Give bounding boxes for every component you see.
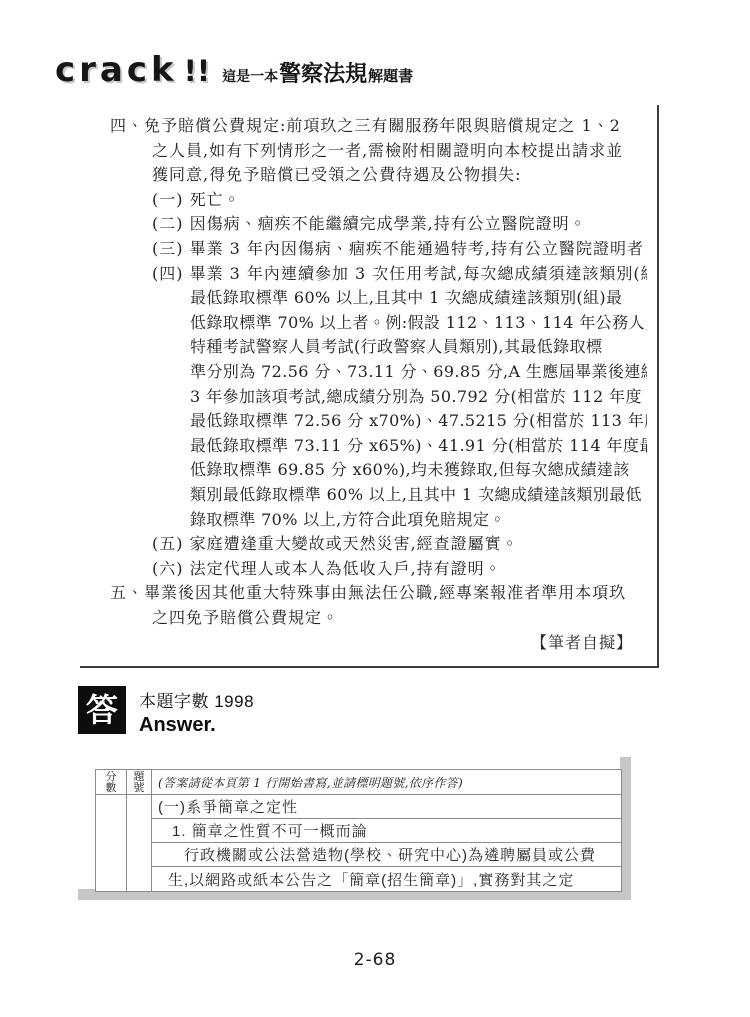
law-text-line: (二) 因傷病、痼疾不能繼續完成學業,持有公立醫院證明。 — [110, 212, 647, 237]
answer-label: Answer. — [139, 714, 254, 737]
answer-badge-glyph: 答 — [86, 694, 118, 726]
tagline-prefix: 這是一本 — [222, 66, 278, 86]
answer-sheet-row: 行政機關或公法營造物(學校、研究中心)為遴聘屬員或公費 — [152, 843, 621, 867]
law-text-line: (五) 家庭遭逢重大變故或天然災害,經查證屬實。 — [110, 532, 647, 557]
answer-section-header: 答 本題字數 1998 Answer. — [78, 686, 254, 737]
crack-logo-exclamations: !! — [184, 54, 210, 88]
law-text-line: (四) 畢業 3 年內連續參加 3 次任用考試,每次總成績須達該類別(組) — [110, 262, 647, 287]
answer-sheet-clipping: 分數 題號 (答案請從本頁第 1 行開始書寫,並請標明題號,依序作答) (一)系… — [78, 757, 631, 900]
answer-content-column: (答案請從本頁第 1 行開始書寫,並請標明題號,依序作答) (一)系爭簡章之定性… — [152, 770, 621, 891]
answer-sheet-row: (一)系爭簡章之定性 — [152, 795, 621, 819]
tagline-subject: 警察法規 — [279, 57, 367, 88]
answer-sheet-table: 分數 題號 (答案請從本頁第 1 行開始書寫,並請標明題號,依序作答) (一)系… — [95, 769, 622, 892]
law-text-line: 準分別為 72.56 分、73.11 分、69.85 分,A 生應屆畢業後連續 — [110, 360, 647, 385]
law-text-line: 最低錄取標準 72.56 分 x70%)、47.5215 分(相當於 113 年… — [110, 409, 647, 434]
score-column-header: 分數 — [96, 770, 126, 795]
law-text-line: 最低錄取標準 60% 以上,且其中 1 次總成績達該類別(組)最 — [110, 286, 647, 311]
law-text-line: 獲同意,得免予賠償已受領之公費待遇及公物損失: — [110, 163, 647, 188]
law-text-line: 特種考試警察人員考試(行政警察人員類別),其最低錄取標 — [110, 335, 647, 360]
law-text-line: 最低錄取標準 73.11 分 x65%)、41.91 分(相當於 114 年度最 — [110, 434, 647, 459]
book-page: crack !! 這是一本 警察法規 解題書 四、免予賠償公費規定:前項玖之三有… — [0, 0, 750, 1017]
law-text-line: 低錄取標準 70% 以上者。例:假設 112、113、114 年公務人員 — [110, 311, 647, 336]
book-header: crack !! 這是一本 警察法規 解題書 — [55, 50, 413, 94]
law-text-line: 四、免予賠償公費規定:前項玖之三有關服務年限與賠償規定之 1、2 — [110, 114, 647, 139]
sheet-instruction-note: (答案請從本頁第 1 行開始書寫,並請標明題號,依序作答) — [152, 770, 621, 795]
book-tagline: 這是一本 警察法規 解題書 — [222, 57, 413, 88]
score-header-label: 分數 — [105, 771, 118, 793]
answer-sheet-row: 生,以網路或紙本公告之「簡章(招生簡章)」,實務對其之定 — [152, 867, 621, 891]
answer-badge-icon: 答 — [78, 686, 126, 734]
law-excerpt-box: 四、免予賠償公費規定:前項玖之三有關服務年限與賠償規定之 1、2 之人員,如有下… — [80, 105, 659, 668]
source-attribution: 【筆者自擬】 — [110, 631, 647, 656]
word-count-label: 本題字數 1998 — [139, 687, 254, 712]
question-number-column-header: 題號 — [127, 770, 151, 795]
page-footer: 2-68 — [0, 950, 750, 970]
tagline-suffix: 解題書 — [368, 65, 413, 86]
law-text-line: 五、畢業後因其他重大特殊事由無法任公職,經專案報准者準用本項玖 — [110, 581, 647, 606]
answer-sheet-row: 1. 簡章之性質不可一概而論 — [152, 819, 621, 843]
score-column: 分數 — [96, 770, 127, 891]
law-text-line: 3 年參加該項考試,總成績分別為 50.792 分(相當於 112 年度 — [110, 385, 647, 410]
page-number: 2-68 — [354, 950, 397, 970]
question-number-column: 題號 — [127, 770, 152, 891]
law-text-line: (六) 法定代理人或本人為低收入戶,持有證明。 — [110, 557, 647, 582]
law-text-line: 之人員,如有下列情形之一者,需檢附相關證明向本校提出請求並 — [110, 139, 647, 164]
qnum-header-label: 題號 — [133, 771, 146, 793]
law-text: 四、免予賠償公費規定:前項玖之三有關服務年限與賠償規定之 1、2 之人員,如有下… — [110, 114, 647, 630]
law-text-line: 之四免予賠償公費規定。 — [110, 606, 647, 631]
law-text-line: (三) 畢業 3 年內因傷病、痼疾不能通過特考,持有公立醫院證明者。 — [110, 237, 647, 262]
law-text-line: (一) 死亡。 — [110, 188, 647, 213]
answer-meta: 本題字數 1998 Answer. — [139, 686, 254, 737]
law-text-line: 低錄取標準 69.85 分 x60%),均未獲錄取,但每次總成績達該 — [110, 458, 647, 483]
law-text-line: 錄取標準 70% 以上,方符合此項免賠規定。 — [110, 508, 647, 533]
law-text-line: 類別最低錄取標準 60% 以上,且其中 1 次總成績達該類別最低 — [110, 483, 647, 508]
crack-logo: crack — [55, 50, 178, 90]
